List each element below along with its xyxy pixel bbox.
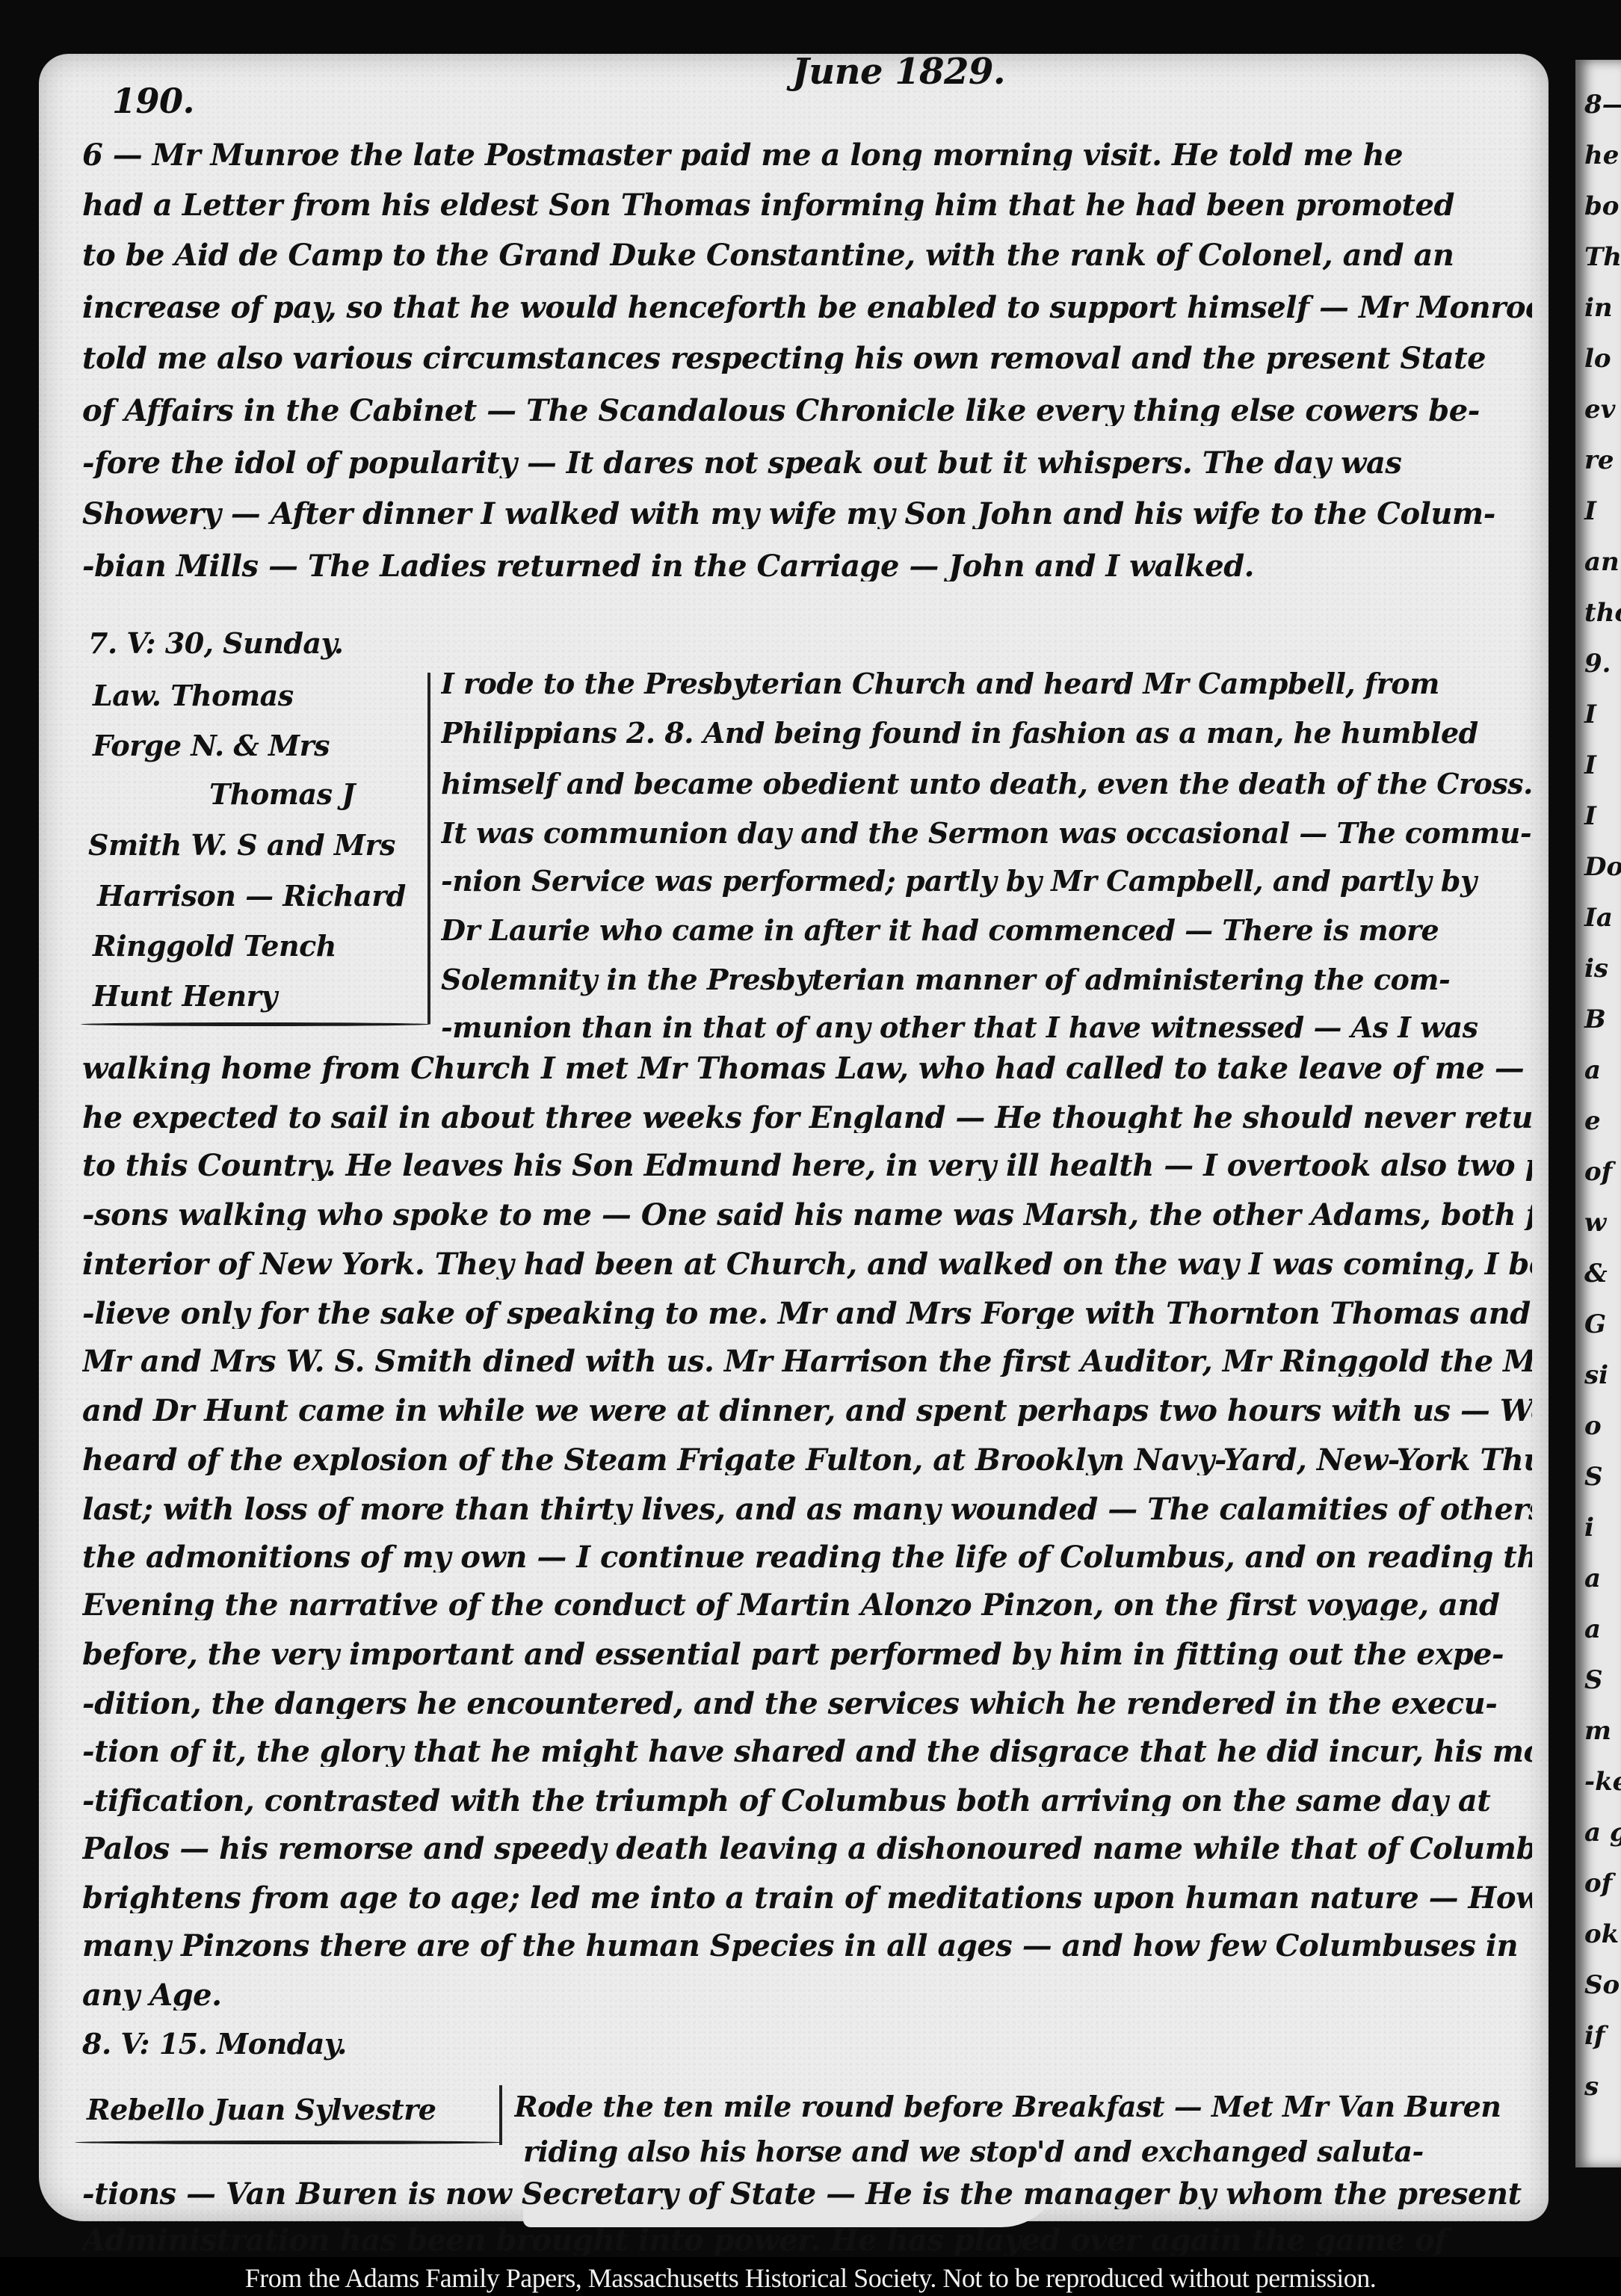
margin-index-name: Thomas J — [209, 777, 355, 811]
entry-line: and Dr Hunt came in while we were at din… — [82, 1396, 1532, 1426]
margin-index-name: Law. Thomas — [93, 679, 294, 712]
entry-line: walking home from Church I met Mr Thomas… — [82, 1054, 1532, 1084]
bracketed-line: himself and became obedient unto death, … — [441, 767, 1532, 800]
adjacent-page-fragment: i — [1584, 1513, 1594, 1543]
adjacent-page-fragment: an — [1584, 547, 1620, 577]
margin-index-name: Hunt Henry — [93, 979, 277, 1013]
entry-line: -fore the idol of popularity — It dares … — [82, 448, 1532, 478]
margin-index-name: Ringgold Tench — [93, 929, 336, 963]
adjacent-page-fragment: -ke — [1584, 1767, 1621, 1797]
copyright-notice: From the Adams Family Papers, Massachuse… — [0, 2260, 1621, 2296]
adjacent-page-fragment: is — [1584, 954, 1608, 984]
entry-line: before, the very important and essential… — [82, 1640, 1532, 1670]
entry-line: -sons walking who spoke to me — One said… — [82, 1200, 1532, 1230]
adjacent-page-fragment: in — [1584, 293, 1613, 323]
adjacent-page-fragment: ok — [1584, 1919, 1619, 1949]
margin-index-name: Harrison — Richard — [97, 879, 406, 913]
entry-line: he expected to sail in about three weeks… — [82, 1103, 1532, 1133]
bracketed-line: -munion than in that of any other that I… — [441, 1010, 1532, 1044]
bracketed-line: riding also his horse and we stop'd and … — [523, 2135, 1532, 2168]
entry-line: Evening the narrative of the conduct of … — [82, 1590, 1532, 1620]
entry-line: -tions — Van Buren is now Secretary of S… — [82, 2179, 1532, 2209]
adjacent-page-fragment: a — [1584, 1055, 1601, 1085]
entry-line: the admonitions of my own — I continue r… — [82, 1543, 1532, 1573]
adjacent-page-fragment: S — [1584, 1665, 1603, 1695]
entry-line: Administration has been brought into pow… — [82, 2226, 1532, 2256]
adjacent-page-fragment: Do — [1584, 852, 1621, 882]
entry-line: heard of the explosion of the Steam Frig… — [82, 1445, 1532, 1475]
margin-index-name: Forge N. & Mrs — [93, 729, 330, 762]
entry-line: -tification, contrasted with the triumph… — [82, 1786, 1532, 1816]
adjacent-page-fragment: tho — [1584, 598, 1621, 628]
entry-line: 6 — Mr Munroe the late Postmaster paid m… — [82, 141, 1532, 170]
entry-line: brightens from age to age; led me into a… — [82, 1883, 1532, 1913]
entry-line: interior of New York. They had been at C… — [82, 1250, 1532, 1280]
entry-line: of Affairs in the Cabinet — The Scandalo… — [82, 396, 1532, 426]
adjacent-page-fragment: he — [1584, 141, 1619, 170]
bracketed-line: I rode to the Presbyterian Church and he… — [441, 667, 1532, 700]
index-underline — [81, 1022, 430, 1026]
entry-line: -lieve only for the sake of speaking to … — [82, 1299, 1532, 1329]
adjacent-page-fragment: G — [1584, 1309, 1606, 1339]
adjacent-page-fragment: a — [1584, 1564, 1601, 1593]
adjacent-page-fragment: a g — [1584, 1818, 1621, 1848]
page-heading: June 1829. — [792, 51, 1005, 93]
entry-line: -dition, the dangers he encountered, and… — [82, 1689, 1532, 1719]
margin-index-name: Smith W. S and Mrs — [88, 828, 395, 862]
adjacent-page-fragment: Th — [1584, 242, 1621, 272]
adjacent-page-fragment: I — [1584, 496, 1596, 526]
entry-line: to be Aid de Camp to the Grand Duke Cons… — [82, 241, 1532, 271]
entry-line: any Age. — [82, 1981, 1532, 2010]
entry-line: -tion of it, the glory that he might hav… — [82, 1737, 1532, 1767]
adjacent-page-fragment: ev — [1584, 395, 1615, 425]
adjacent-page-fragment: I — [1584, 700, 1596, 729]
adjacent-page-fragment: if — [1584, 2021, 1605, 2051]
bracketed-line: -nion Service was performed; partly by M… — [441, 864, 1532, 898]
index-underline — [75, 2141, 502, 2144]
adjacent-page-fragment: S — [1584, 1462, 1603, 1492]
bracketed-line: Dr Laurie who came in after it had comme… — [441, 913, 1532, 947]
adjacent-page-fragment: a — [1584, 1614, 1601, 1644]
entry-date-line: 7. V: 30, Sunday. — [88, 626, 344, 660]
adjacent-page-fragment: o — [1584, 1411, 1602, 1441]
entry-line: Showery — After dinner I walked with my … — [82, 499, 1532, 529]
folio-number: 190. — [112, 81, 194, 121]
adjacent-page-fragment: s — [1584, 2072, 1599, 2102]
bracketed-line: Solemnity in the Presbyterian manner of … — [441, 963, 1532, 996]
index-bracket — [499, 2085, 502, 2145]
adjacent-page-fragment: re — [1584, 445, 1614, 475]
entry-date-line: 8. V: 15. Monday. — [82, 2027, 347, 2061]
entry-line: had a Letter from his eldest Son Thomas … — [82, 191, 1532, 220]
adjacent-page-fragment: Ia — [1584, 903, 1613, 933]
adjacent-page-fragment: lo — [1584, 344, 1611, 374]
entry-line: increase of pay, so that he would hencef… — [82, 293, 1532, 323]
adjacent-page-fragment: 9. — [1584, 649, 1611, 679]
bracketed-line: Philippians 2. 8. And being found in fas… — [441, 716, 1532, 750]
bracketed-line: Rode the ten mile round before Breakfast… — [514, 2090, 1531, 2123]
adjacent-page-fragment: e — [1584, 1106, 1601, 1136]
entry-line: told me also various circumstances respe… — [82, 344, 1532, 374]
adjacent-page-strip: 8—heboThinloevreIantho9.IIIDoIaisBaeofw&… — [1575, 60, 1621, 2167]
bracketed-line: It was communion day and the Sermon was … — [441, 816, 1532, 850]
adjacent-page-fragment: w — [1584, 1208, 1606, 1238]
entry-line: Palos — his remorse and speedy death lea… — [82, 1834, 1532, 1864]
adjacent-page-fragment: & — [1584, 1259, 1608, 1289]
adjacent-page-fragment: m — [1584, 1716, 1611, 1746]
entry-line: many Pinzons there are of the human Spec… — [82, 1931, 1532, 1961]
adjacent-page-fragment: si — [1584, 1360, 1608, 1390]
adjacent-page-fragment: of — [1584, 1868, 1612, 1898]
adjacent-page-fragment: I — [1584, 801, 1596, 831]
margin-index-name: Rebello Juan Sylvestre — [87, 2093, 436, 2126]
entry-line: to this Country. He leaves his Son Edmun… — [82, 1151, 1532, 1181]
index-bracket — [427, 673, 430, 1024]
adjacent-page-fragment: I — [1584, 750, 1596, 780]
entry-line: Mr and Mrs W. S. Smith dined with us. Mr… — [82, 1347, 1532, 1377]
entry-line: last; with loss of more than thirty live… — [82, 1495, 1532, 1525]
adjacent-page-fragment: B — [1584, 1004, 1606, 1034]
adjacent-page-fragment: bo — [1584, 191, 1619, 221]
adjacent-page-fragment: of — [1584, 1157, 1612, 1187]
adjacent-page-fragment: 8— — [1584, 90, 1621, 120]
entry-line: -bian Mills — The Ladies returned in the… — [82, 552, 1532, 581]
adjacent-page-fragment: So — [1584, 1970, 1620, 2000]
